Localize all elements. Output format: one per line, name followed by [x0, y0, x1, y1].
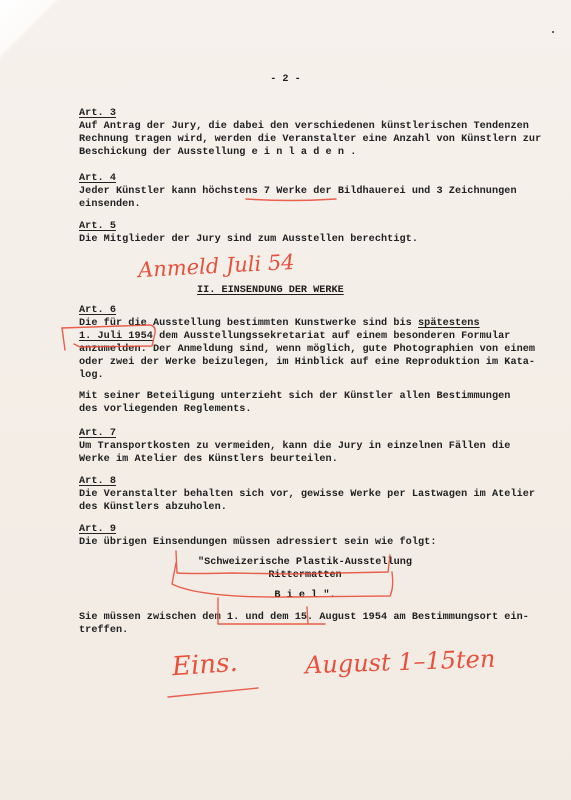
document-page: - 2 - Art. 3 Auf Antrag der Jury, die da… — [0, 0, 571, 800]
red-pencil-marks — [0, 0, 571, 800]
